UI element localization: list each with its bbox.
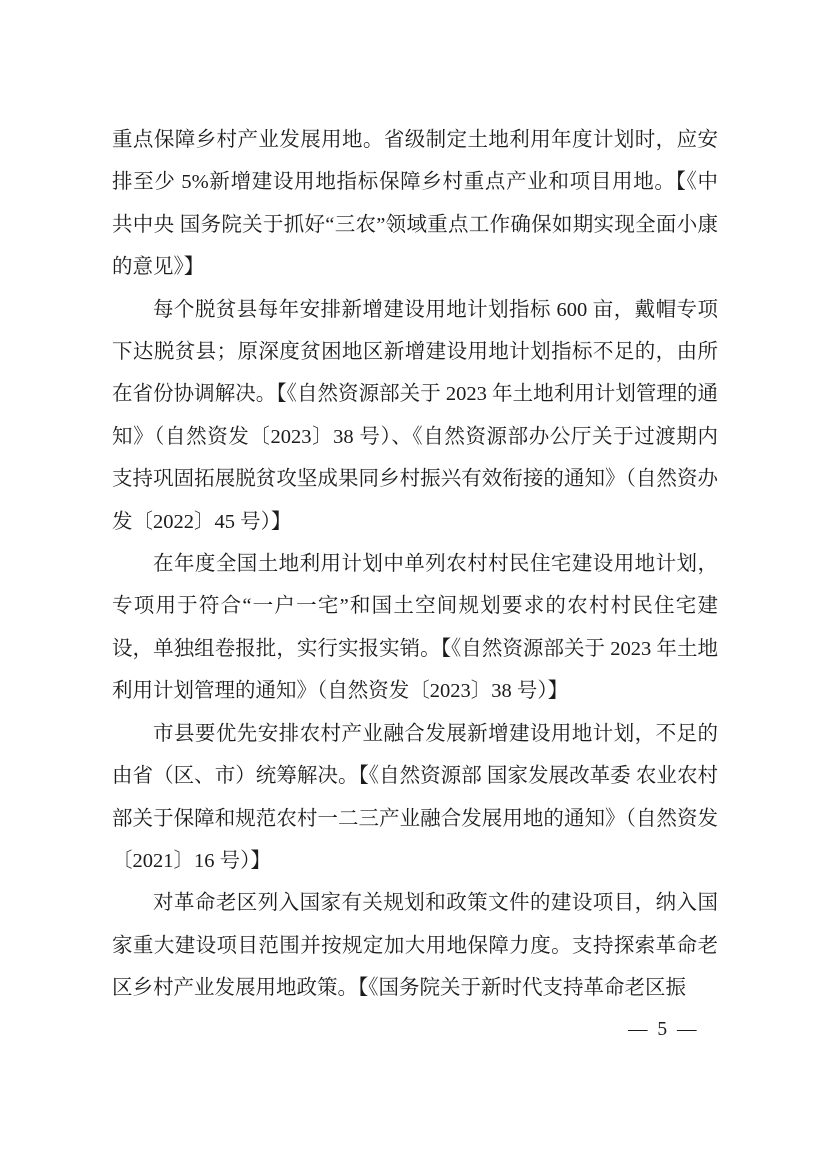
- paragraph-5: 对革命老区列入国家有关规划和政策文件的建设项目，纳入国家重大建设项目范围并按规定…: [112, 882, 718, 1009]
- paragraph-2-citation: 【《自然资源部关于 2023 年土地利用计划管理的通知》（自然资发〔2023〕3…: [112, 383, 718, 532]
- paragraph-1: 重点保障乡村产业发展用地。省级制定土地利用年度计划时，应安排至少 5%新增建设用…: [112, 119, 718, 289]
- page-number: — 5 —: [628, 1019, 708, 1041]
- paragraph-4: 市县要优先安排农村产业融合发展新增建设用地计划，不足的由省（区、市）统筹解决。【…: [112, 713, 718, 883]
- paragraph-1-text: 重点保障乡村产业发展用地。省级制定土地利用年度计划时，应安排至少 5%新增建设用…: [112, 129, 718, 193]
- document-page: 重点保障乡村产业发展用地。省级制定土地利用年度计划时，应安排至少 5%新增建设用…: [0, 0, 826, 1169]
- paragraph-2: 每个脱贫县每年安排新增建设用地计划指标 600 亩，戴帽专项下达脱贫县；原深度贫…: [112, 289, 718, 543]
- paragraph-5-citation: 【《国务院关于新时代支持革命老区振: [358, 977, 686, 999]
- document-body: 重点保障乡村产业发展用地。省级制定土地利用年度计划时，应安排至少 5%新增建设用…: [112, 119, 718, 1010]
- paragraph-3: 在年度全国土地利用计划中单列农村村民住宅建设用地计划，专项用于符合“一户一宅”和…: [112, 543, 718, 713]
